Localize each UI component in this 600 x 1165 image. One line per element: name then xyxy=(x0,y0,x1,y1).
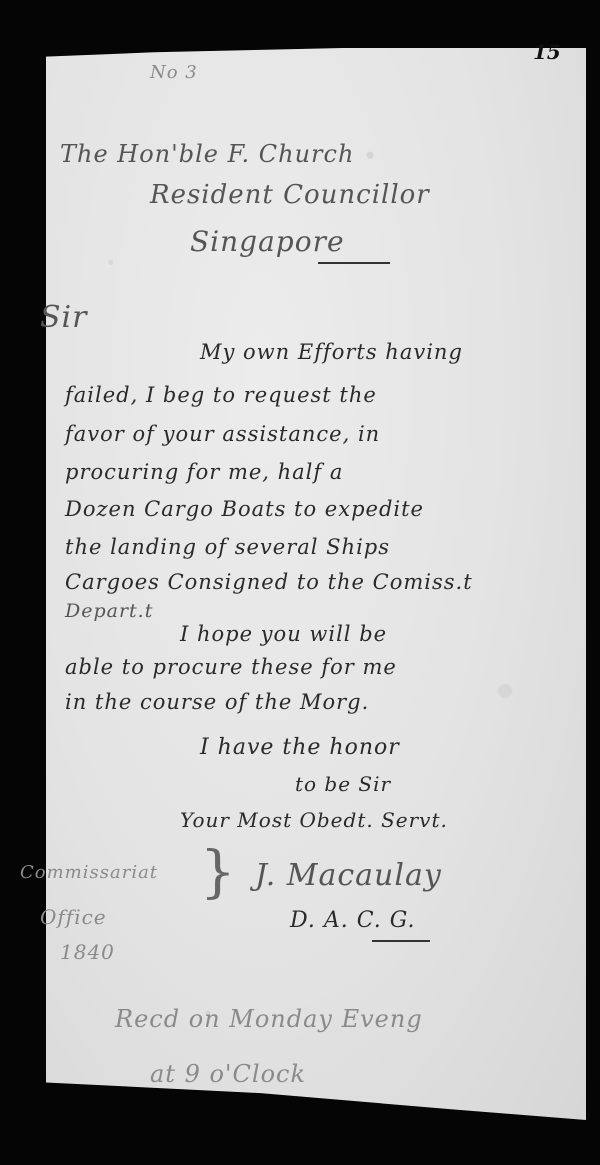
margin-note-line-2: Office xyxy=(40,905,107,929)
body-line-3: favor of your assistance, in xyxy=(65,422,380,446)
signature-name: J. Macaulay xyxy=(255,858,442,893)
salutation: Sir xyxy=(40,300,88,335)
margin-note-line-3: 1840 xyxy=(60,940,115,964)
body-line-8: Depart.t xyxy=(65,600,153,622)
body-line-5: Dozen Cargo Boats to expedite xyxy=(65,497,424,521)
underline xyxy=(372,940,430,942)
body-line-6: the landing of several Ships xyxy=(65,535,390,559)
underline xyxy=(318,262,390,264)
body-line-11: in the course of the Morg. xyxy=(65,690,369,714)
pencil-note-line-2: at 9 o'Clock xyxy=(150,1060,306,1088)
page-number: 15 xyxy=(533,40,561,64)
signature-title: D. A. C. G. xyxy=(290,908,416,933)
closing-line-1: I have the honor xyxy=(200,735,400,760)
address-line-3: Singapore xyxy=(190,225,345,258)
body-line-7: Cargoes Consigned to the Comiss.t xyxy=(65,570,473,594)
address-line-1: The Hon'ble F. Church xyxy=(60,140,354,168)
file-mark: No 3 xyxy=(150,62,198,83)
pencil-note-line-1: Recd on Monday Eveng xyxy=(115,1005,423,1033)
brace-mark: } xyxy=(200,840,236,905)
body-line-1: My own Efforts having xyxy=(200,340,463,364)
margin-note-line-1: Commissariat xyxy=(20,862,158,883)
body-line-2: failed, I beg to request the xyxy=(65,383,377,407)
body-line-9: I hope you will be xyxy=(180,622,387,646)
body-line-10: able to procure these for me xyxy=(65,655,397,679)
address-line-2: Resident Councillor xyxy=(150,180,430,210)
closing-line-2: to be Sir xyxy=(295,772,391,796)
body-line-4: procuring for me, half a xyxy=(65,460,343,484)
closing-line-3: Your Most Obedt. Servt. xyxy=(180,808,448,832)
